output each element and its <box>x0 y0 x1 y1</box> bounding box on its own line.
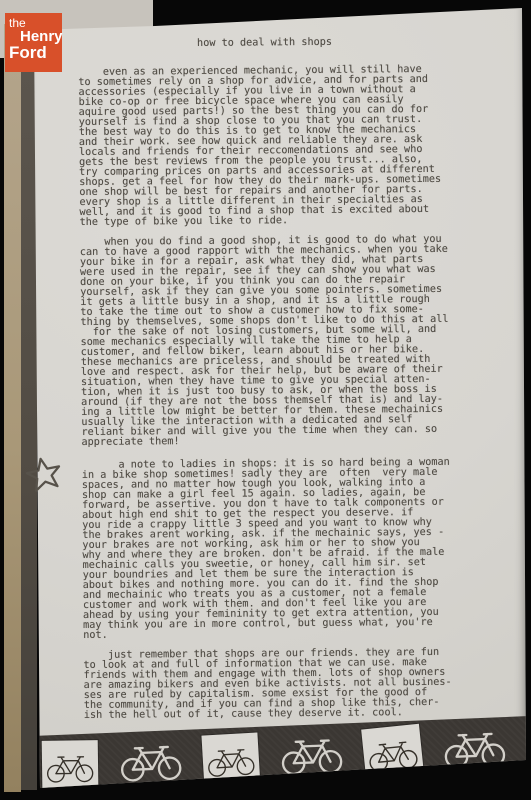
bicycle-icon <box>443 726 507 770</box>
bicycle-icon <box>119 739 183 783</box>
bicycle-icon <box>366 732 420 775</box>
logo-word-ford: Ford <box>9 44 47 61</box>
paragraph-closing: just remember that shops are our friends… <box>83 647 531 721</box>
bicycle-icon <box>280 733 344 777</box>
bicycle-icon <box>46 748 94 785</box>
zine-page: how to deal with shops even as an experi… <box>34 4 526 790</box>
paragraph-rapport: when you do find a good shop, it is good… <box>80 234 531 448</box>
logo-word-henry: Henry <box>20 29 63 44</box>
bicycle-drawing <box>280 733 344 781</box>
bicycle-drawing <box>119 739 183 787</box>
paragraph-note-to-ladies: a note to ladies in shops: it is so hard… <box>82 457 531 641</box>
bicycle-drawing <box>443 726 507 774</box>
henry-ford-logo: the Henry Ford <box>5 13 62 72</box>
scanned-book-photo: how to deal with shops even as an experi… <box>0 0 531 800</box>
bicycle-icon <box>206 741 256 780</box>
typewritten-text: how to deal with shops even as an experi… <box>78 36 531 731</box>
hand-drawn-star-icon <box>21 451 66 498</box>
bicycle-photo <box>362 723 425 784</box>
bicycle-photo <box>202 732 261 788</box>
paragraph-intro: even as an experienced mechanic, you wil… <box>78 64 531 228</box>
page-title: how to deal with shops <box>197 36 531 49</box>
bicycle-photo <box>42 740 99 794</box>
book-edge-strip <box>4 24 21 792</box>
spine-shadow-strip <box>21 28 37 790</box>
